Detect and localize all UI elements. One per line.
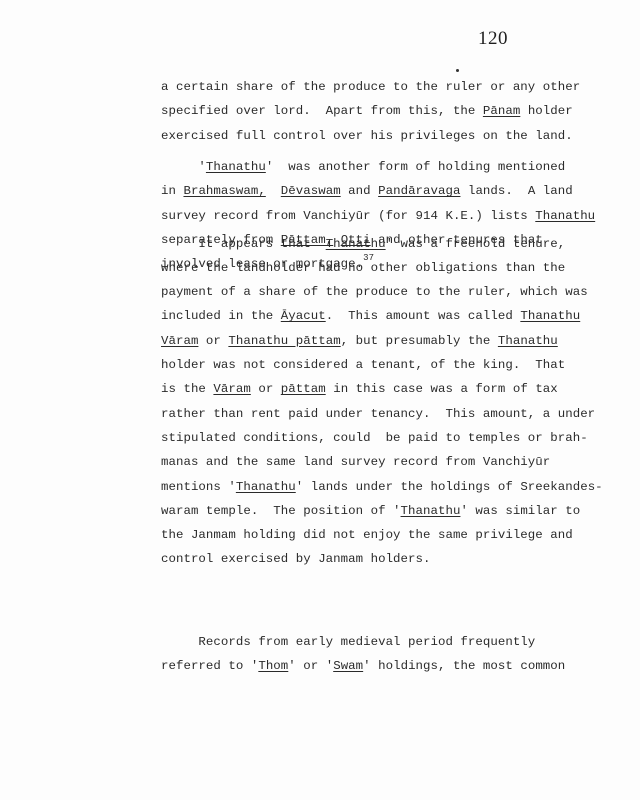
text-segment: payment of a share of the produce to the…	[161, 285, 588, 299]
text-segment: ' holdings, the most common	[363, 659, 565, 673]
text-line: exercised full control over his privileg…	[161, 129, 573, 143]
text-segment: where the landholder had no other obliga…	[161, 261, 565, 275]
text-segment: in	[161, 184, 183, 198]
text-segment: survey record from Vanchiyūr (for 914 K.…	[161, 209, 535, 223]
text-segment: waram temple. The position of '	[161, 504, 401, 518]
text-segment: or	[198, 334, 228, 348]
text-segment: ' was similar to	[460, 504, 580, 518]
text-segment: the Janmam holding did not enjoy the sam…	[161, 528, 573, 542]
text-line: payment of a share of the produce to the…	[161, 285, 588, 299]
text-segment: . This amount was called	[326, 309, 521, 323]
underlined-term: Pandāravaga	[378, 184, 460, 198]
text-line: specified over lord. Apart from this, th…	[161, 104, 573, 118]
text-segment: included in the	[161, 309, 281, 323]
text-segment: stipulated conditions, could be paid to …	[161, 431, 588, 445]
text-line: rather than rent paid under tenancy. Thi…	[161, 407, 595, 421]
underlined-term: Thanathu	[535, 209, 595, 223]
ink-speck	[456, 69, 459, 72]
text-line: control exercised by Janmam holders.	[161, 552, 430, 566]
text-line: is the Vāram or pāttam in this case was …	[161, 382, 558, 396]
text-line: Records from early medieval period frequ…	[161, 635, 535, 649]
underlined-term: Thanathu	[206, 160, 266, 174]
underlined-term: Dēvaswam	[281, 184, 341, 198]
underlined-term: Thanathu	[326, 237, 386, 251]
text-segment: and	[341, 184, 378, 198]
text-segment: mentions '	[161, 480, 236, 494]
text-segment: is the	[161, 382, 213, 396]
text-line: in Brahmaswam, Dēvaswam and Pandāravaga …	[161, 184, 573, 198]
text-line: mentions 'Thanathu' lands under the hold…	[161, 480, 603, 494]
text-line: included in the Āyacut. This amount was …	[161, 309, 580, 323]
text-line: Vāram or Thanathu pāttam, but presumably…	[161, 334, 558, 348]
underlined-term: Pānam	[483, 104, 520, 118]
text-segment: control exercised by Janmam holders.	[161, 552, 430, 566]
text-segment: or	[251, 382, 281, 396]
text-line: manas and the same land survey record fr…	[161, 455, 550, 469]
text-segment	[266, 184, 281, 198]
text-segment: ' was a freehold tenure,	[386, 237, 566, 251]
text-segment: Records from early medieval period frequ…	[161, 635, 535, 649]
underlined-term: Āyacut	[281, 309, 326, 323]
text-segment: referred to '	[161, 659, 258, 673]
text-line: waram temple. The position of 'Thanathu'…	[161, 504, 580, 518]
text-segment: ' lands under the holdings of Sreekandes…	[296, 480, 603, 494]
text-segment: in this case was a form of tax	[326, 382, 558, 396]
text-line: survey record from Vanchiyūr (for 914 K.…	[161, 209, 595, 223]
text-segment: ' or '	[288, 659, 333, 673]
text-line: It appears that 'Thanathu' was a freehol…	[161, 237, 565, 251]
underlined-term: Vāram	[213, 382, 250, 396]
text-segment: , but presumably the	[341, 334, 498, 348]
underlined-term: Thanathu	[401, 504, 461, 518]
underlined-term: Thanathu pāttam	[228, 334, 340, 348]
text-line: holder was not considered a tenant, of t…	[161, 358, 565, 372]
text-line: stipulated conditions, could be paid to …	[161, 431, 588, 445]
underlined-term: Thanathu	[520, 309, 580, 323]
text-segment: manas and the same land survey record fr…	[161, 455, 550, 469]
underlined-term: Vāram	[161, 334, 198, 348]
text-segment: '	[161, 160, 206, 174]
text-segment: rather than rent paid under tenancy. Thi…	[161, 407, 595, 421]
text-segment: It appears that '	[161, 237, 326, 251]
text-line: referred to 'Thom' or 'Swam' holdings, t…	[161, 659, 565, 673]
text-segment: a certain share of the produce to the ru…	[161, 80, 580, 94]
text-line: the Janmam holding did not enjoy the sam…	[161, 528, 573, 542]
underlined-term: Thom	[258, 659, 288, 673]
text-segment: ' was another form of holding mentioned	[266, 160, 565, 174]
underlined-term: Thanathu	[498, 334, 558, 348]
text-line: 'Thanathu' was another form of holding m…	[161, 160, 565, 174]
text-segment: specified over lord. Apart from this, th…	[161, 104, 483, 118]
document-page: 120 a certain share of the produce to th…	[0, 0, 640, 800]
text-segment: lands. A land	[460, 184, 572, 198]
text-segment: holder was not considered a tenant, of t…	[161, 358, 565, 372]
text-line: a certain share of the produce to the ru…	[161, 80, 580, 94]
underlined-term: Brahmaswam,	[183, 184, 265, 198]
underlined-term: Swam	[333, 659, 363, 673]
text-segment: holder	[520, 104, 572, 118]
underlined-term: Thanathu	[236, 480, 296, 494]
text-segment: exercised full control over his privileg…	[161, 129, 573, 143]
page-number: 120	[478, 28, 508, 50]
text-line: where the landholder had no other obliga…	[161, 261, 565, 275]
underlined-term: pāttam	[281, 382, 326, 396]
